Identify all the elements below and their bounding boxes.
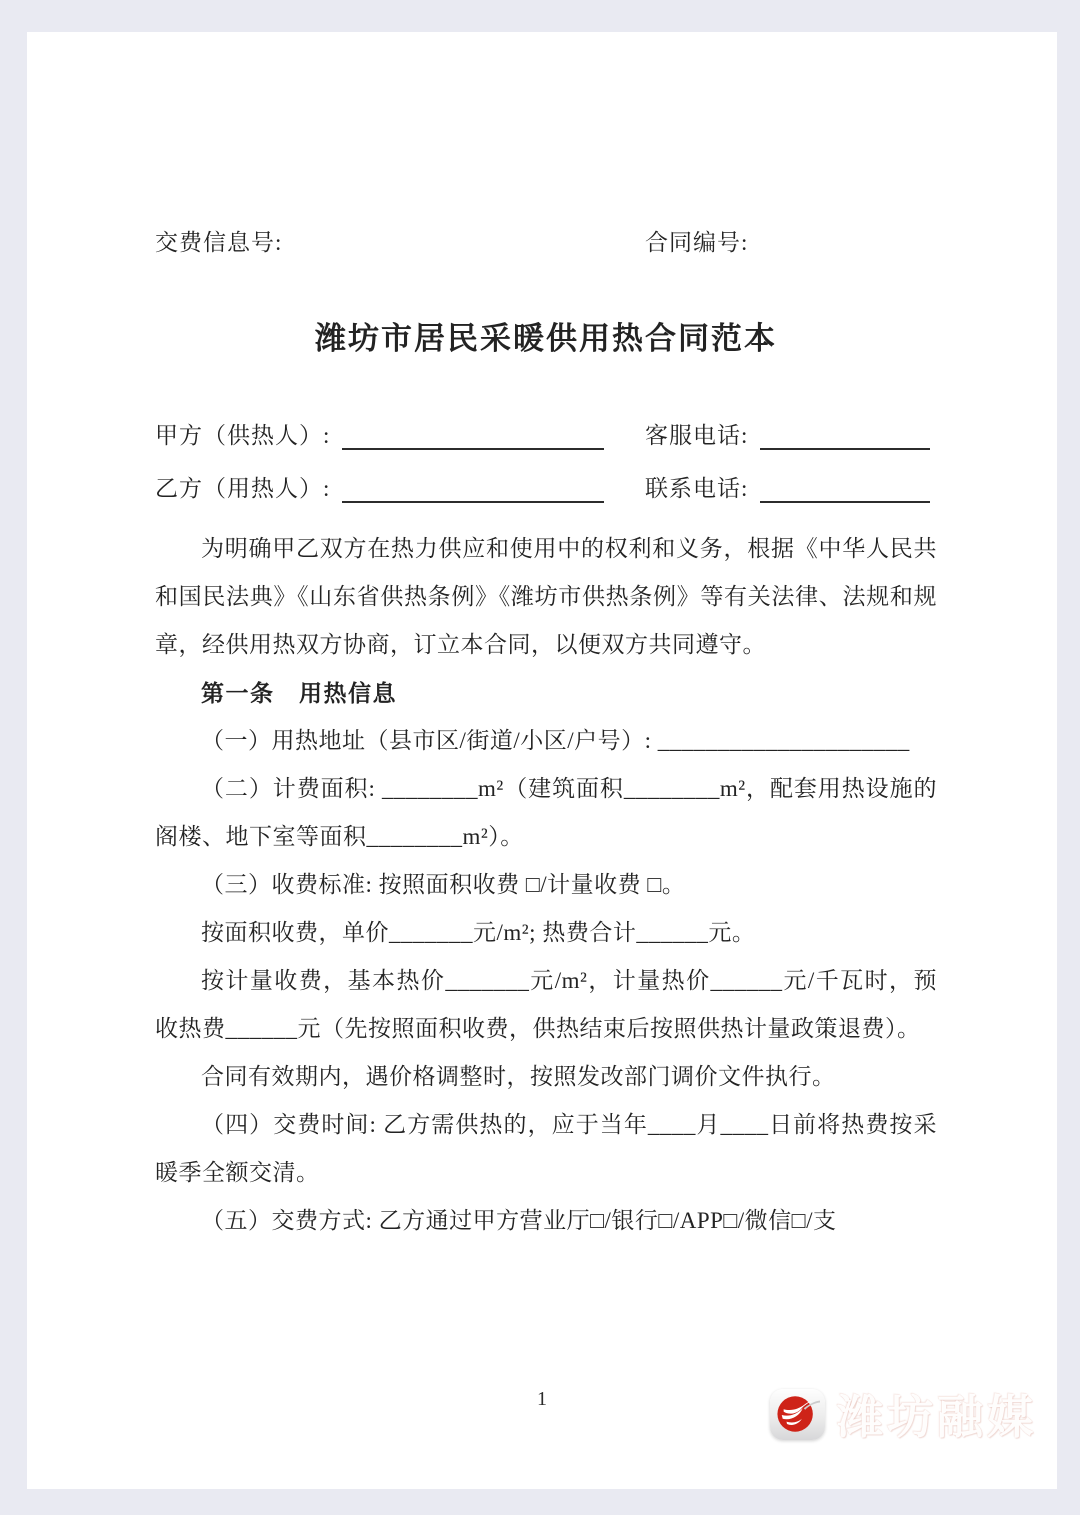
clause-metered-fee: 按计量收费，基本热价_______元/m²，计量热价______元/千瓦时，预收… [155,957,937,1053]
clause-billing-area: （二）计费面积: ________m²（建筑面积________m²，配套用热设… [155,765,937,861]
contract-page: 交费信息号: 合同编号: 潍坊市居民采暖供用热合同范本 甲方（供热人）: 客服电… [27,32,1057,1489]
party-b-row: 乙方（用热人）: 联系电话: [155,469,937,503]
red-swoosh-logo-icon [775,1392,821,1436]
contract-body: 为明确甲乙双方在热力供应和使用中的权利和义务，根据《中华人民共和国民法典》《山东… [155,525,937,1245]
document-canvas: 交费信息号: 合同编号: 潍坊市居民采暖供用热合同范本 甲方（供热人）: 客服电… [0,0,1080,1515]
clause-heating-address: （一）用热地址（县市区/街道/小区/户号）: _________________… [155,717,937,765]
contract-number-label: 合同编号: [645,224,748,257]
service-phone-blank-line [760,420,930,450]
party-a-label: 甲方（供热人）: [155,417,330,450]
clause-fee-standard: （三）收费标准: 按照面积收费 □/计量收费 □。 [155,861,937,909]
party-b-label: 乙方（用热人）: [155,470,330,503]
contract-title: 潍坊市居民采暖供用热合同范本 [155,318,937,360]
clause-payment-time: （四）交费时间: 乙方需供热的，应于当年____月____日前将热费按采暖季全额… [155,1101,937,1197]
service-phone-field: 客服电话: [645,417,937,450]
article-1-heading: 第一条 用热信息 [155,669,937,717]
contact-phone-label: 联系电话: [645,470,748,503]
page-content: 交费信息号: 合同编号: 潍坊市居民采暖供用热合同范本 甲方（供热人）: 客服电… [155,32,937,1245]
preamble-paragraph: 为明确甲乙双方在热力供应和使用中的权利和义务，根据《中华人民共和国民法典》《山东… [155,525,937,669]
party-a-field: 甲方（供热人）: [155,417,645,450]
party-a-blank-line [342,420,604,450]
contact-phone-blank-line [760,473,930,503]
doc-header: 交费信息号: 合同编号: [155,224,937,256]
clause-payment-method: （五）交费方式: 乙方通过甲方营业厅□/银行□/APP□/微信□/支 [155,1197,937,1245]
weifang-rongmei-logo-icon [770,1389,825,1440]
service-phone-label: 客服电话: [645,417,748,450]
party-b-field: 乙方（用热人）: [155,470,645,503]
clause-price-adjustment: 合同有效期内，遇价格调整时，按照发改部门调价文件执行。 [155,1053,937,1101]
payment-info-number-label: 交费信息号: [155,224,282,257]
party-a-row: 甲方（供热人）: 客服电话: [155,416,937,450]
weifang-rongmei-watermark: 潍坊融媒 [770,1381,1037,1447]
party-b-blank-line [342,473,604,503]
watermark-text: 潍坊融媒 [837,1381,1037,1447]
clause-area-fee: 按面积收费，单价_______元/m²; 热费合计______元。 [155,909,937,957]
contact-phone-field: 联系电话: [645,470,937,503]
